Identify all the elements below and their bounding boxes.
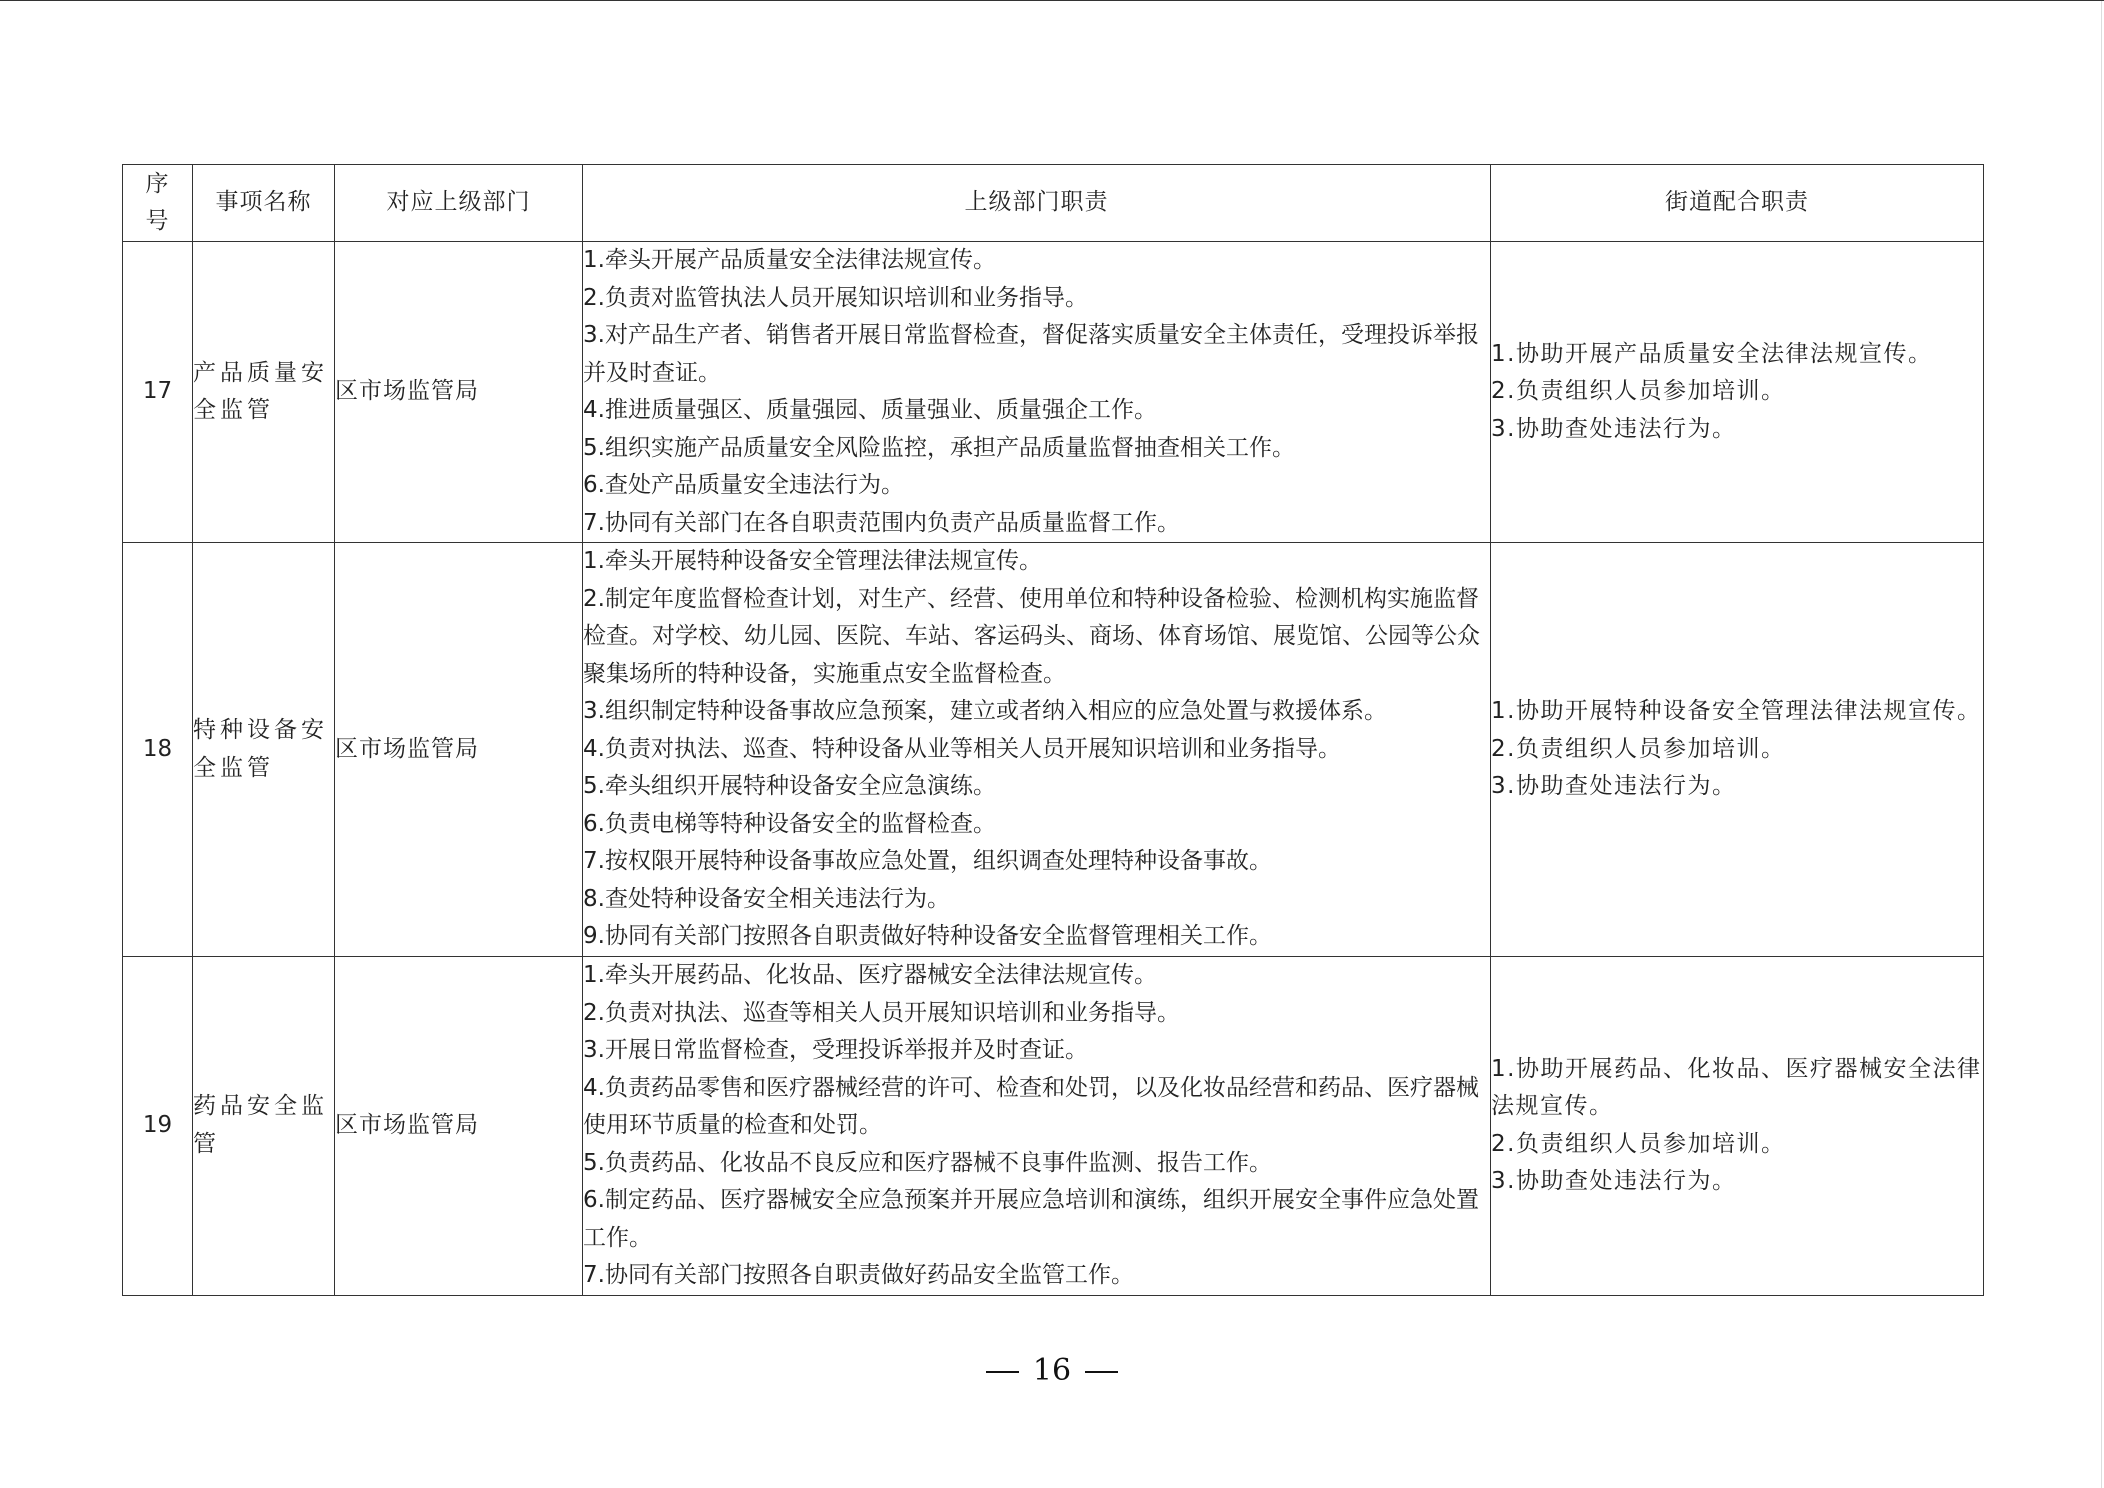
duty-item: 9.协同有关部门按照各自职责做好特种设备安全监督管理相关工作。 bbox=[583, 918, 1490, 956]
duty-item: 1.牵头开展特种设备安全管理法律法规宣传。 bbox=[583, 543, 1490, 581]
header-item-name: 事项名称 bbox=[193, 165, 335, 242]
duty-table: 序号 事项名称 对应上级部门 上级部门职责 街道配合职责 17 产品质量安全监管… bbox=[122, 164, 1984, 1296]
row-seq: 19 bbox=[123, 957, 193, 1296]
duty-item: 1.牵头开展药品、化妆品、医疗器械安全法律法规宣传。 bbox=[583, 957, 1490, 995]
duty-item: 8.查处特种设备安全相关违法行为。 bbox=[583, 881, 1490, 919]
row-upper-duties: 1.牵头开展药品、化妆品、医疗器械安全法律法规宣传。 2.负责对执法、巡查等相关… bbox=[583, 957, 1491, 1296]
duty-item: 5.负责药品、化妆品不良反应和医疗器械不良事件监测、报告工作。 bbox=[583, 1145, 1490, 1183]
street-duty-item: 1.协助开展产品质量安全法律法规宣传。 bbox=[1491, 336, 1983, 374]
duty-item: 2.负责对监管执法人员开展知识培训和业务指导。 bbox=[583, 280, 1490, 318]
duty-item: 5.牵头组织开展特种设备安全应急演练。 bbox=[583, 768, 1490, 806]
street-duty-item: 2.负责组织人员参加培训。 bbox=[1491, 1126, 1983, 1164]
row-dept: 区市场监管局 bbox=[335, 957, 583, 1296]
duty-item: 2.负责对执法、巡查等相关人员开展知识培训和业务指导。 bbox=[583, 995, 1490, 1033]
row-seq: 18 bbox=[123, 543, 193, 957]
row-upper-duties: 1.牵头开展特种设备安全管理法律法规宣传。 2.制定年度监督检查计划，对生产、经… bbox=[583, 543, 1491, 957]
duty-item: 3.开展日常监督检查，受理投诉举报并及时查证。 bbox=[583, 1032, 1490, 1070]
table-row: 18 特种设备安全监管 区市场监管局 1.牵头开展特种设备安全管理法律法规宣传。… bbox=[123, 543, 1984, 957]
street-duty-item: 1.协助开展特种设备安全管理法律法规宣传。 bbox=[1491, 693, 1983, 731]
header-street-duties: 街道配合职责 bbox=[1491, 165, 1984, 242]
page-number: 16 bbox=[1033, 1353, 1071, 1388]
duty-item: 2.制定年度监督检查计划，对生产、经营、使用单位和特种设备检验、检测机构实施监督… bbox=[583, 581, 1490, 694]
header-seq-label: 序号 bbox=[146, 166, 170, 241]
row-item-name: 产品质量安全监管 bbox=[193, 242, 335, 543]
row-upper-duties: 1.牵头开展产品质量安全法律法规宣传。 2.负责对监管执法人员开展知识培训和业务… bbox=[583, 242, 1491, 543]
header-seq: 序号 bbox=[123, 165, 193, 242]
street-duty-item: 3.协助查处违法行为。 bbox=[1491, 1163, 1983, 1201]
row-seq: 17 bbox=[123, 242, 193, 543]
table-header-row: 序号 事项名称 对应上级部门 上级部门职责 街道配合职责 bbox=[123, 165, 1984, 242]
street-duty-item: 1.协助开展药品、化妆品、医疗器械安全法律法规宣传。 bbox=[1491, 1051, 1983, 1126]
row-street-duties: 1.协助开展特种设备安全管理法律法规宣传。 2.负责组织人员参加培训。 3.协助… bbox=[1491, 543, 1984, 957]
duty-item: 4.负责药品零售和医疗器械经营的许可、检查和处罚，以及化妆品经营和药品、医疗器械… bbox=[583, 1070, 1490, 1145]
page-number-footer: 16 bbox=[0, 1353, 2104, 1388]
duty-item: 5.组织实施产品质量安全风险监控，承担产品质量监督抽查相关工作。 bbox=[583, 430, 1490, 468]
duty-item: 7.协同有关部门按照各自职责做好药品安全监管工作。 bbox=[583, 1257, 1490, 1295]
duty-item: 6.负责电梯等特种设备安全的监督检查。 bbox=[583, 806, 1490, 844]
table-row: 17 产品质量安全监管 区市场监管局 1.牵头开展产品质量安全法律法规宣传。 2… bbox=[123, 242, 1984, 543]
table-row: 19 药品安全监管 区市场监管局 1.牵头开展药品、化妆品、医疗器械安全法律法规… bbox=[123, 957, 1984, 1296]
duty-item: 6.查处产品质量安全违法行为。 bbox=[583, 467, 1490, 505]
street-duty-item: 2.负责组织人员参加培训。 bbox=[1491, 373, 1983, 411]
street-duty-item: 3.协助查处违法行为。 bbox=[1491, 411, 1983, 449]
row-dept: 区市场监管局 bbox=[335, 242, 583, 543]
page-edge bbox=[2101, 1, 2102, 1488]
duty-item: 1.牵头开展产品质量安全法律法规宣传。 bbox=[583, 242, 1490, 280]
duty-item: 4.推进质量强区、质量强园、质量强业、质量强企工作。 bbox=[583, 392, 1490, 430]
dash-left bbox=[986, 1371, 1019, 1373]
row-item-name: 特种设备安全监管 bbox=[193, 543, 335, 957]
row-street-duties: 1.协助开展产品质量安全法律法规宣传。 2.负责组织人员参加培训。 3.协助查处… bbox=[1491, 242, 1984, 543]
duty-item: 7.协同有关部门在各自职责范围内负责产品质量监督工作。 bbox=[583, 505, 1490, 543]
duty-item: 3.对产品生产者、销售者开展日常监督检查，督促落实质量安全主体责任，受理投诉举报… bbox=[583, 317, 1490, 392]
duty-item: 3.组织制定特种设备事故应急预案，建立或者纳入相应的应急处置与救援体系。 bbox=[583, 693, 1490, 731]
duty-item: 4.负责对执法、巡查、特种设备从业等相关人员开展知识培训和业务指导。 bbox=[583, 731, 1490, 769]
header-dept: 对应上级部门 bbox=[335, 165, 583, 242]
row-item-name: 药品安全监管 bbox=[193, 957, 335, 1296]
header-upper-duties: 上级部门职责 bbox=[583, 165, 1491, 242]
row-street-duties: 1.协助开展药品、化妆品、医疗器械安全法律法规宣传。 2.负责组织人员参加培训。… bbox=[1491, 957, 1984, 1296]
duty-item: 6.制定药品、医疗器械安全应急预案并开展应急培训和演练，组织开展安全事件应急处置… bbox=[583, 1182, 1490, 1257]
row-dept: 区市场监管局 bbox=[335, 543, 583, 957]
duty-item: 7.按权限开展特种设备事故应急处置，组织调查处理特种设备事故。 bbox=[583, 843, 1490, 881]
dash-right bbox=[1085, 1371, 1118, 1373]
street-duty-item: 3.协助查处违法行为。 bbox=[1491, 768, 1983, 806]
street-duty-item: 2.负责组织人员参加培训。 bbox=[1491, 731, 1983, 769]
